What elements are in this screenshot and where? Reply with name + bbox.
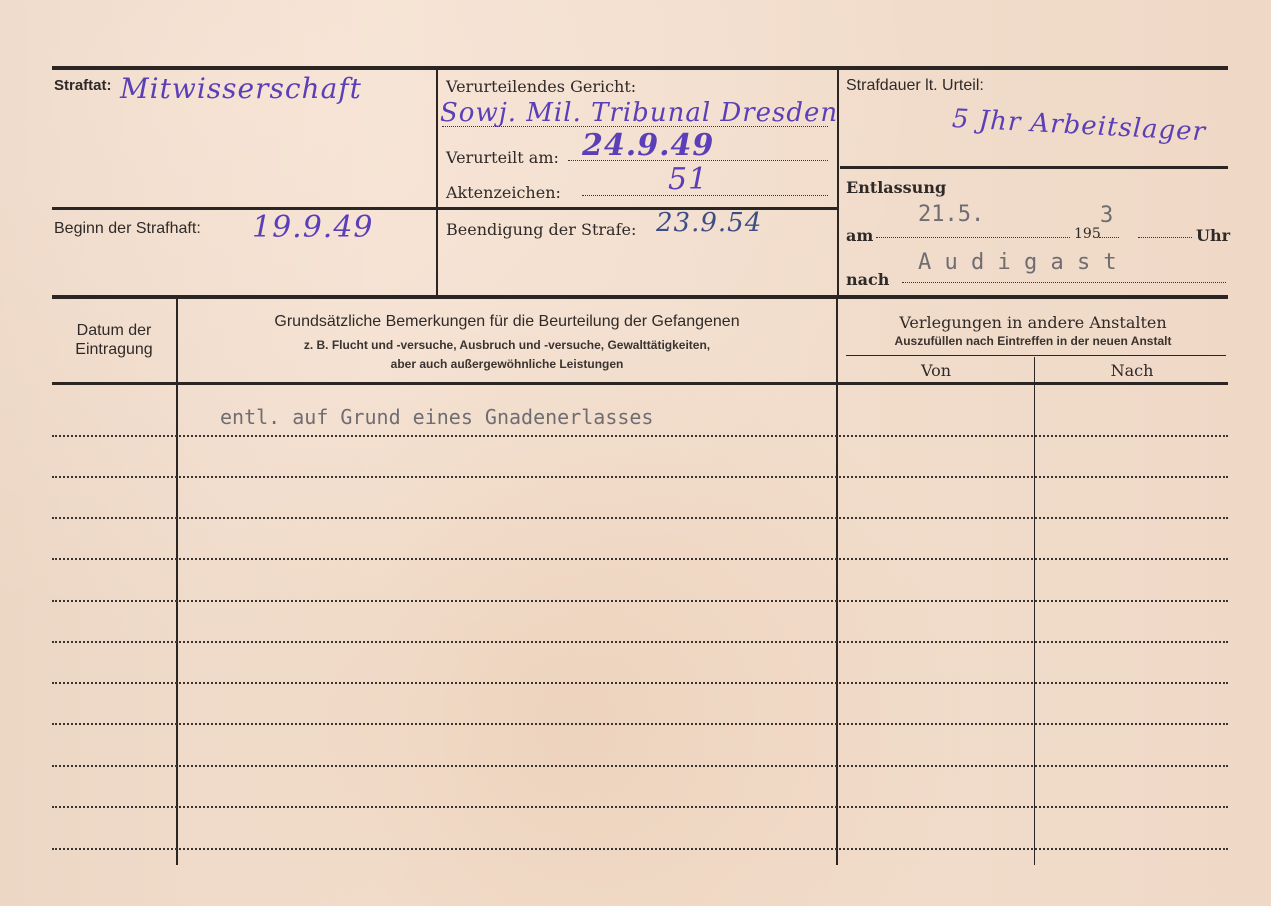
aktenzeichen-label: Aktenzeichen: (446, 183, 561, 202)
gericht-label: Verurteilendes Gericht: (446, 77, 636, 96)
col-bemerkungen-title: Grundsätzliche Bemerkungen für die Beurt… (178, 313, 836, 331)
row-line (52, 476, 1228, 478)
entlassung-am-line (876, 237, 1070, 238)
rule-von-nach-top (846, 355, 1226, 356)
entlassung-am-label: am (846, 226, 873, 245)
beginn-label: Beginn der Strafhaft: (54, 220, 201, 238)
strafdauer-label: Strafdauer lt. Urteil: (846, 77, 984, 95)
rule-table-top (52, 295, 1228, 299)
entlassung-year-line (1099, 237, 1119, 238)
verurteilt-value: 24.9.49 (582, 128, 714, 163)
col-von: Von (838, 361, 1034, 380)
entlassung-nach-label: nach (846, 270, 889, 289)
row-line (52, 600, 1228, 602)
entlassung-uhr-line (1138, 237, 1192, 238)
row-line (52, 723, 1228, 725)
rule-entlassung (840, 166, 1228, 169)
row-line (52, 517, 1228, 519)
beendigung-value: 23.9.54 (656, 208, 762, 238)
gericht-value: Sowj. Mil. Tribunal Dresden (440, 98, 838, 128)
entlassung-uhr-label: Uhr (1196, 226, 1230, 245)
top-rule (52, 66, 1228, 70)
beendigung-label: Beendigung der Strafe: (446, 220, 636, 239)
row-line (52, 641, 1228, 643)
straftat-value: Mitwisserschaft (120, 72, 362, 105)
entlassung-year-prefix: 195 (1074, 226, 1101, 242)
entlassung-year-suffix: 3 (1100, 203, 1113, 228)
entlassung-nach-value: A u d i g a s t (918, 250, 1117, 275)
aktenzeichen-line (582, 195, 828, 196)
verurteilt-line (568, 160, 828, 161)
gericht-line (442, 126, 828, 127)
strafdauer-value: 5 Jhr Arbeitslager (951, 104, 1207, 147)
row-line (52, 435, 1228, 437)
col-verlegungen-sub: Auszufüllen nach Eintreffen in der neuen… (838, 334, 1228, 348)
col-bemerkungen-sub2: aber auch außergewöhnliche Leistungen (178, 357, 836, 371)
rule-table-header-bottom (52, 382, 1228, 385)
col-datum-line1: Datum der (52, 322, 176, 340)
row-bemerkung: entl. auf Grund eines Gnadenerlasses (220, 405, 653, 429)
beginn-value: 19.9.49 (252, 210, 374, 245)
col-nach: Nach (1036, 361, 1228, 380)
col-bemerkungen-sub1: z. B. Flucht und -versuche, Ausbruch und… (178, 338, 836, 352)
straftat-label: Straftat: (54, 77, 112, 94)
entlassung-am-value: 21.5. (918, 202, 984, 227)
row-line (52, 558, 1228, 560)
divider-col1 (436, 68, 438, 296)
row-line (52, 765, 1228, 767)
aktenzeichen-value: 51 (668, 162, 708, 197)
row-line (52, 848, 1228, 850)
col-datum-line2: Eintragung (52, 341, 176, 359)
entlassung-nach-line (902, 282, 1226, 283)
row-line (52, 806, 1228, 808)
col-verlegungen-title: Verlegungen in andere Anstalten (838, 313, 1228, 332)
table-divider-von-nach (1034, 357, 1035, 865)
row-line (52, 682, 1228, 684)
verurteilt-label: Verurteilt am: (446, 148, 559, 167)
entlassung-title: Entlassung (846, 178, 946, 197)
